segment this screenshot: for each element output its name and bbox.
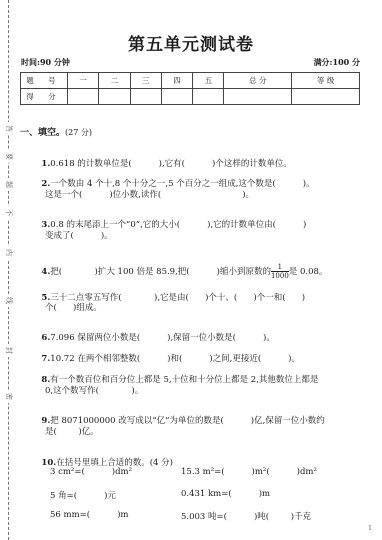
question-number: 4. xyxy=(41,267,50,277)
exam-time: 时间:90 分钟 xyxy=(21,57,70,68)
header-cell: 等 级 xyxy=(292,73,360,89)
header-cell: 二 xyxy=(99,73,130,89)
question-2: 2.一个数由 4 个十,8 个十分之一,5 个百分之一组成,这个数是( )。 xyxy=(36,167,315,189)
question-1: 1.0.618 的计数单位是( ),它有( )个这样的计数单位。 xyxy=(36,147,292,169)
header-cell: 三 xyxy=(130,73,161,89)
header-cell: 题 号 xyxy=(21,73,68,89)
score-cell[interactable] xyxy=(161,89,192,105)
conversion-item: 5 角=( )元 xyxy=(50,489,116,501)
score-cell[interactable] xyxy=(99,89,130,105)
header-cell: 四 xyxy=(161,73,192,89)
question-9: 9.把 8071000000 改写成以“亿”为单位的数是( )亿,保留一位小数约 xyxy=(36,404,325,426)
margin-label: 线 xyxy=(4,294,13,307)
score-cell[interactable] xyxy=(130,89,161,105)
conversion-item: 5.003 吨=( )吨( )千克 xyxy=(181,510,311,522)
question-8-continuation: 0,这个数写作( )。 xyxy=(45,384,143,396)
margin-label: 答 xyxy=(4,122,13,135)
margin-label: 封 xyxy=(4,344,13,357)
margin-label: 内 xyxy=(4,246,13,259)
page-number: 1 xyxy=(368,525,372,532)
question-6: 6.7.096 保留两位小数是( ),保留一位小数是( )。 xyxy=(36,321,275,343)
score-cell[interactable] xyxy=(68,89,99,105)
question-points: (4 分) xyxy=(150,458,173,468)
question-3-continuation: 变成了( )。 xyxy=(45,229,113,241)
question-3: 3.0.8 的末尾添上一个“0”,它的大小( ),它的计数单位由( ) xyxy=(36,208,306,230)
score-table-header-row: 题 号 一 二 三 四 五 总 分 等 级 xyxy=(21,73,360,89)
page-title: 第五单元测试卷 xyxy=(0,30,382,55)
question-4: 4.把( )扩大 100 倍是 85.9,把( )缩小到原数的11000是 0.… xyxy=(36,253,327,280)
score-cell[interactable] xyxy=(224,89,292,105)
conversion-item: 15.3 m²=( )m²( )dm² xyxy=(181,467,317,477)
section-title: 一、填空。 xyxy=(20,128,65,138)
score-cell[interactable] xyxy=(193,89,224,105)
question-text: 把( )扩大 100 倍是 85.9,把( )缩小到原数的 xyxy=(50,267,271,277)
header-cell: 五 xyxy=(193,73,224,89)
question-10: 10.在括号里填上合适的数。(4 分) xyxy=(36,446,173,468)
question-5-continuation: 个( )组成。 xyxy=(45,301,102,313)
score-row-label: 得 分 xyxy=(21,89,68,105)
margin-label: 要 xyxy=(4,150,13,163)
conversion-item: 56 mm=( )m xyxy=(50,510,128,520)
question-2-continuation: 这是一个( )位小数,读作( )。 xyxy=(45,188,254,200)
section-points: (27 分) xyxy=(65,128,92,137)
section-heading: 一、填空。(27 分) xyxy=(20,125,92,138)
margin-label: 不 xyxy=(4,206,13,219)
binding-dashed-line xyxy=(8,0,9,540)
score-table-score-row: 得 分 xyxy=(21,89,360,105)
score-table: 题 号 一 二 三 四 五 总 分 等 级 得 分 xyxy=(20,72,360,105)
question-5: 5.三十二点零五写作( ),它是由( )个十、( )个一和( ) xyxy=(36,281,305,303)
header-cell: 一 xyxy=(68,73,99,89)
question-7: 7.10.72 在两个相邻整数( )和( )之间,更接近( )。 xyxy=(36,342,300,364)
full-score: 满分:100 分 xyxy=(314,57,360,68)
margin-label: 题 xyxy=(4,178,13,191)
fraction-numerator: 1 xyxy=(271,263,289,272)
conversion-item: 0.431 km=( )m xyxy=(181,489,270,499)
question-text: 是 0.08。 xyxy=(289,267,328,277)
header-cell: 总 分 xyxy=(224,73,292,89)
question-9-continuation: 是( )亿。 xyxy=(45,425,99,437)
fraction-denominator: 1000 xyxy=(271,272,289,280)
fraction: 11000 xyxy=(271,263,289,280)
margin-label: 密 xyxy=(4,390,13,403)
score-cell[interactable] xyxy=(292,89,360,105)
question-8: 8.有一个数百位和百分位上都是 5,十位和十分位上都是 2,其他数位上都是 xyxy=(36,363,318,385)
conversion-item: 3 cm²=( )dm² xyxy=(50,467,132,477)
